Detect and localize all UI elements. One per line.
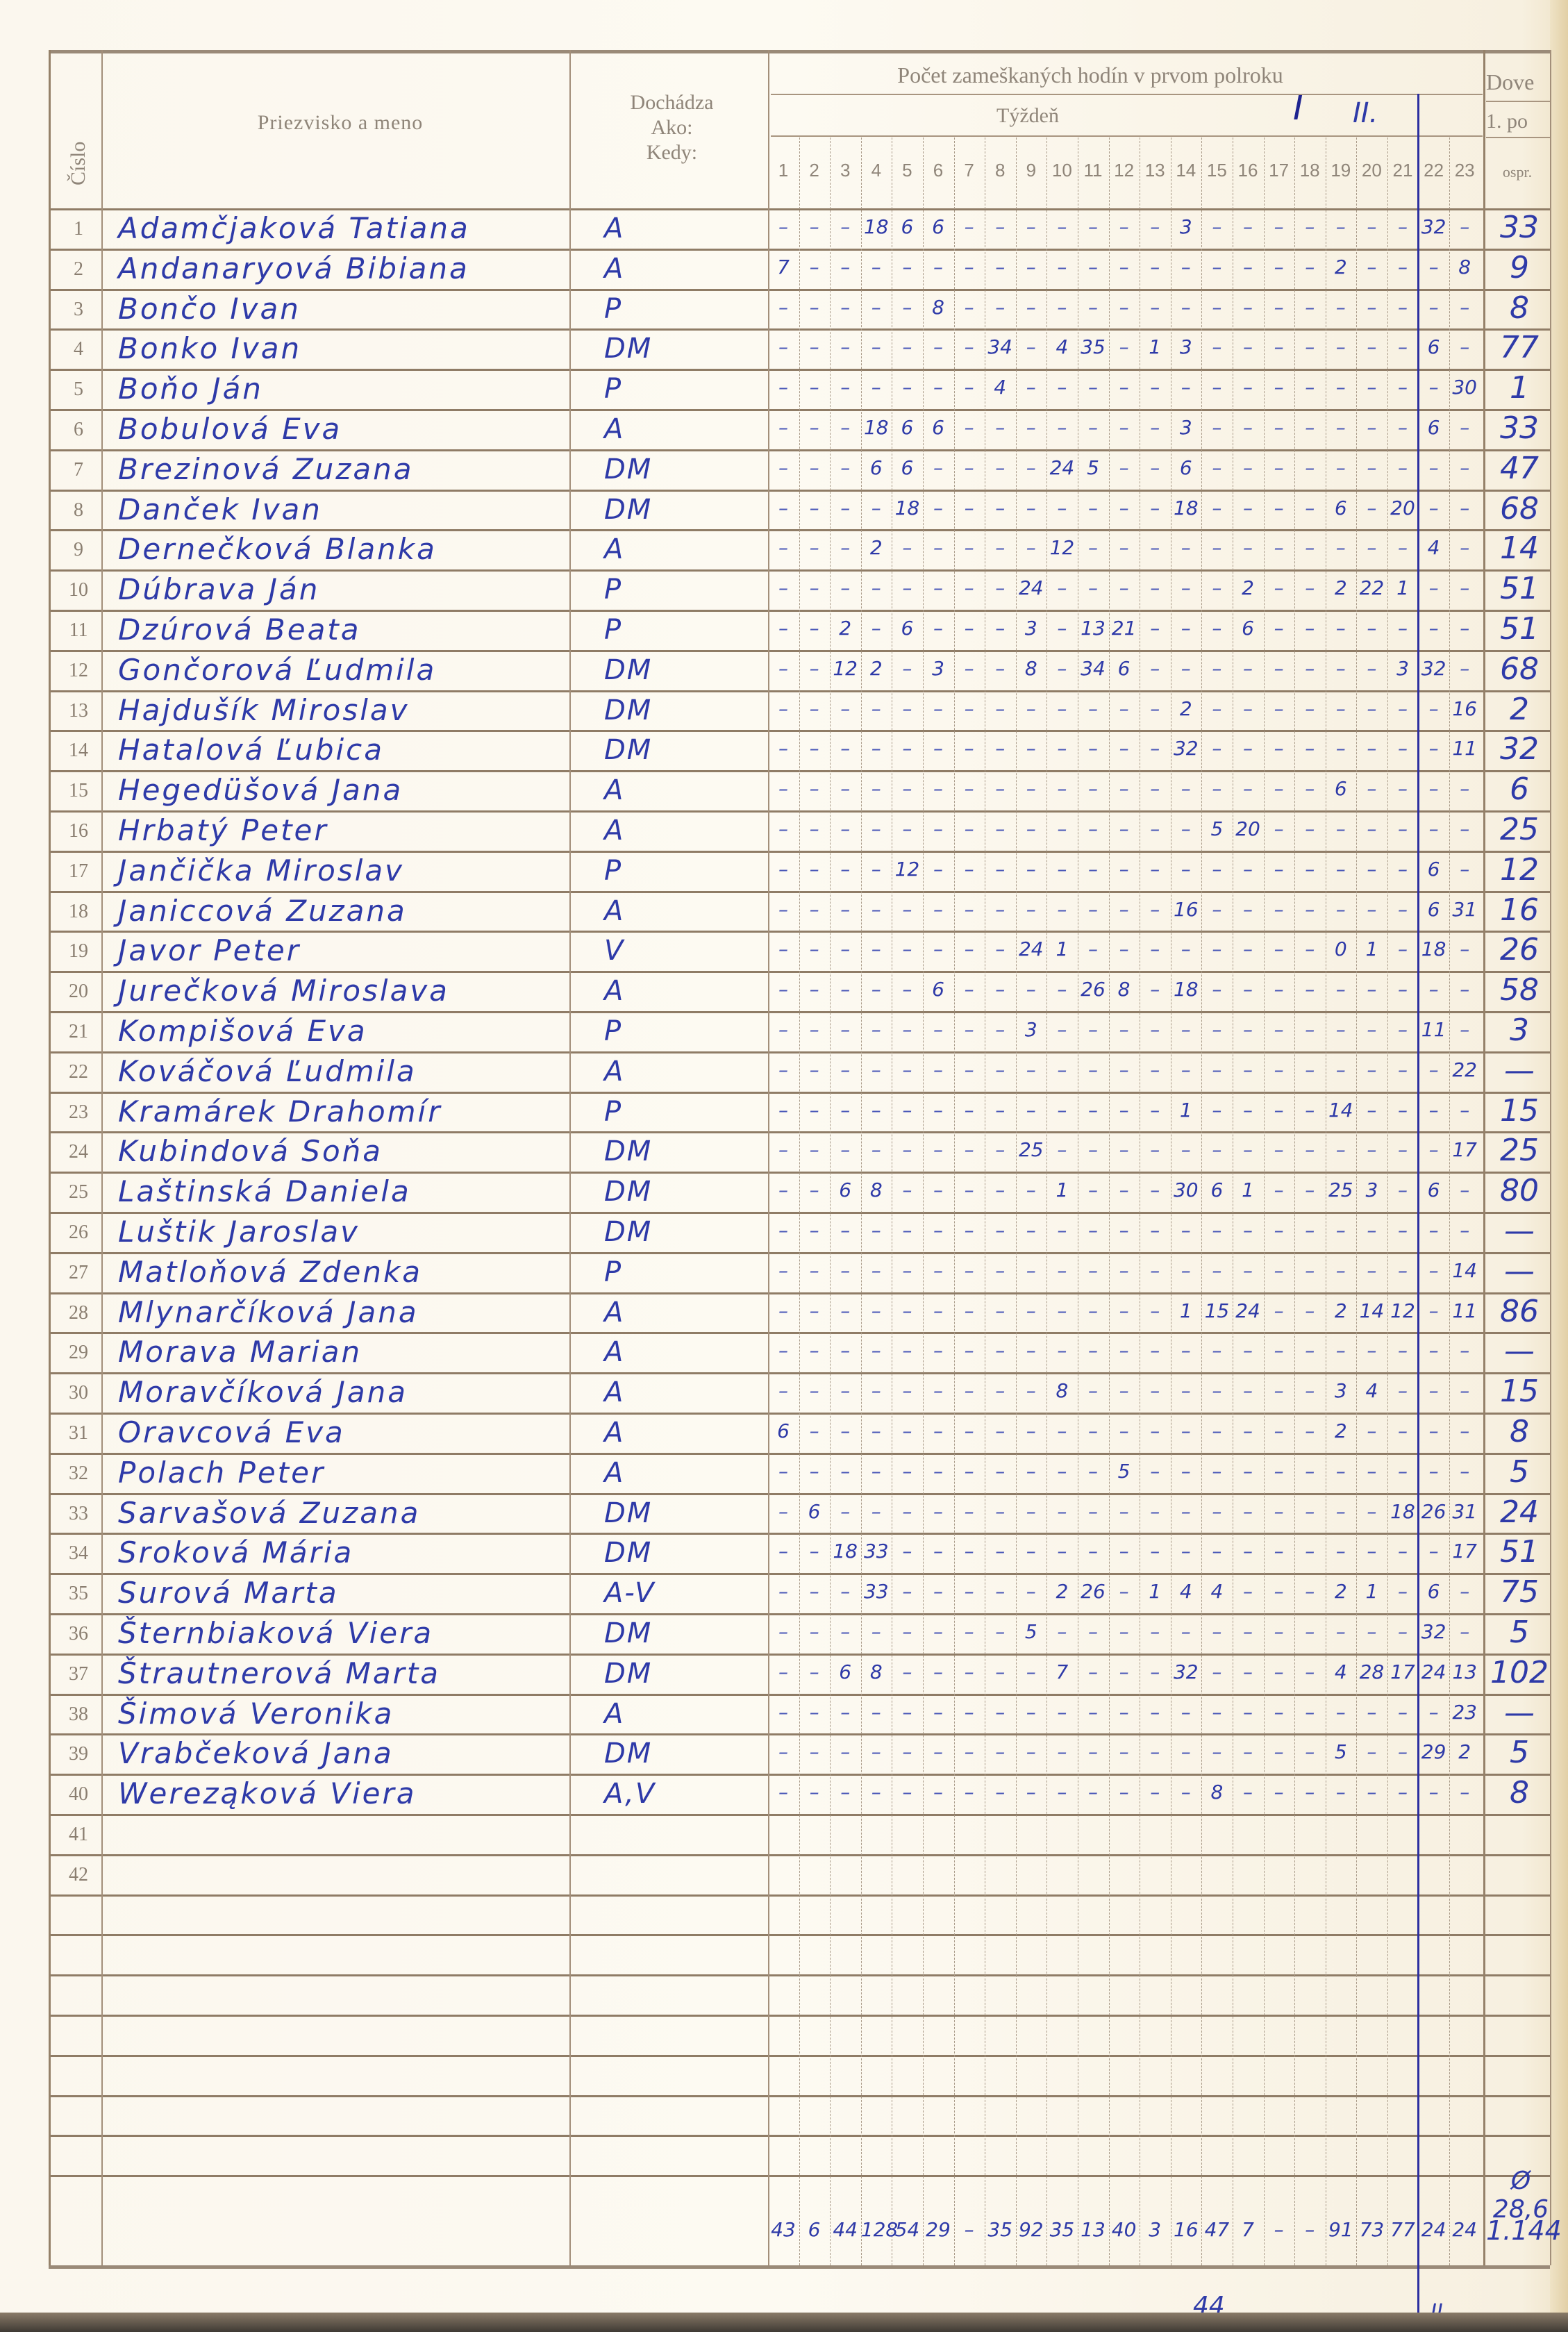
week-hours: 1 <box>1140 335 1170 358</box>
week-empty-dash: – <box>1356 898 1387 921</box>
week-sum: 6 <box>799 2218 830 2241</box>
week-hours: 1 <box>1046 938 1077 960</box>
row-number: 23 <box>57 1101 100 1124</box>
week-empty-dash: – <box>985 697 1015 720</box>
week-empty-dash: – <box>830 1460 860 1483</box>
week-empty-dash: – <box>1201 576 1232 599</box>
week-hours: 24 <box>1016 938 1046 960</box>
week-hours: 6 <box>1109 657 1140 680</box>
student-name: Dzúrová Beata <box>118 613 361 647</box>
week-empty-dash: – <box>1387 1058 1418 1081</box>
week-empty-dash: – <box>1109 1018 1140 1041</box>
excused-total: 3 <box>1486 1013 1553 1048</box>
row-number: 37 <box>57 1663 100 1685</box>
week-empty-dash: – <box>1109 1339 1140 1362</box>
week-empty-dash: – <box>799 256 830 278</box>
week-empty-dash: – <box>1140 617 1170 640</box>
week-empty-dash: – <box>892 1339 922 1362</box>
week-empty-dash: – <box>1387 335 1418 358</box>
week-empty-dash: – <box>985 978 1015 1001</box>
week-hours: 25 <box>1016 1138 1046 1161</box>
week-empty-dash: – <box>923 898 953 921</box>
week-empty-dash: – <box>892 1701 922 1724</box>
week-empty-dash: – <box>892 1099 922 1122</box>
week-empty-dash: – <box>1109 737 1140 760</box>
week-empty-dash: – <box>1326 1219 1356 1242</box>
header-divider <box>771 135 1483 137</box>
excused-total: — <box>1486 1254 1553 1289</box>
attendance-code: A,V <box>604 1778 656 1810</box>
week-empty-dash: – <box>1046 1740 1077 1763</box>
week-empty-dash: – <box>1294 576 1325 599</box>
week-hours: 18 <box>861 215 892 238</box>
week-empty-dash: – <box>1046 1781 1077 1804</box>
row-number: 41 <box>57 1824 100 1846</box>
week-empty-dash: – <box>1078 1018 1108 1041</box>
week-empty-dash: – <box>1419 1781 1449 1804</box>
row-number: 16 <box>57 820 100 842</box>
excused-total: 5 <box>1486 1735 1553 1770</box>
week-empty-dash: – <box>1140 1138 1170 1161</box>
week-empty-dash: – <box>923 1299 953 1322</box>
week-empty-dash: – <box>1140 536 1170 559</box>
week-empty-dash: – <box>1016 1259 1046 1282</box>
row-number: 28 <box>57 1302 100 1324</box>
week-hours: 4 <box>1419 536 1449 559</box>
week-hours: 6 <box>1419 858 1449 881</box>
student-name: Bonko Ivan <box>118 331 301 365</box>
table-row: 37Štrautnerová MartaDM––68–––––7–––32–––… <box>0 1654 1568 1695</box>
week-hours: 18 <box>830 1540 860 1563</box>
week-empty-dash: – <box>1171 1219 1201 1242</box>
week-empty-dash: – <box>1419 1460 1449 1483</box>
excused-total: 25 <box>1486 1133 1553 1168</box>
attendance-code: DM <box>604 1135 652 1167</box>
week-empty-dash: – <box>985 858 1015 881</box>
week-empty-dash: – <box>1233 536 1263 559</box>
week-empty-dash: – <box>1201 456 1232 479</box>
row-number: 40 <box>57 1783 100 1806</box>
week-empty-dash: – <box>1294 1781 1325 1804</box>
week-hours: 24 <box>1233 1299 1263 1322</box>
week-empty-dash: – <box>830 1740 860 1763</box>
week-empty-dash: – <box>1356 416 1387 439</box>
week-empty-dash: – <box>1140 1419 1170 1442</box>
week-empty-dash: – <box>768 296 799 319</box>
week-empty-dash: – <box>1294 256 1325 278</box>
week-empty-dash: – <box>1016 256 1046 278</box>
student-name: Kramárek Drahomír <box>118 1094 442 1128</box>
week-empty-dash: – <box>1109 1540 1140 1563</box>
week-number: 22 <box>1419 160 1449 181</box>
week-sum: 91 <box>1326 2218 1356 2241</box>
week-hours: 6 <box>1419 1580 1449 1603</box>
week-empty-dash: – <box>1294 858 1325 881</box>
week-empty-dash: – <box>1078 777 1108 800</box>
week-empty-dash: – <box>799 1099 830 1122</box>
week-sum: 92 <box>1016 2218 1046 2241</box>
week-empty-dash: – <box>1356 1740 1387 1763</box>
table-row: 38Šimová VeronikaA––––––––––––––––––––––… <box>0 1694 1568 1735</box>
week-empty-dash: – <box>954 1419 985 1442</box>
week-empty-dash: – <box>799 1179 830 1201</box>
attendance-code: DM <box>604 1537 652 1569</box>
week-empty-dash: – <box>1326 657 1356 680</box>
week-hours: 1 <box>1356 1580 1387 1603</box>
attendance-code: A <box>604 895 624 927</box>
week-empty-dash: – <box>1201 1500 1232 1523</box>
header-name: Priezvisko a meno <box>111 111 569 135</box>
week-empty-dash: – <box>1046 1058 1077 1081</box>
week-empty-dash: – <box>1233 978 1263 1001</box>
week-empty-dash: – <box>1233 376 1263 399</box>
week-empty-dash: – <box>861 1379 892 1402</box>
week-empty-dash: – <box>985 296 1015 319</box>
week-empty-dash: – <box>799 1259 830 1282</box>
week-empty-dash: – <box>861 898 892 921</box>
week-empty-dash: – <box>1016 1058 1046 1081</box>
week-empty-dash: – <box>1356 1138 1387 1161</box>
week-empty-dash: – <box>799 296 830 319</box>
week-empty-dash: – <box>1449 1419 1480 1442</box>
week-empty-dash: – <box>923 456 953 479</box>
week-empty-dash: – <box>954 1259 985 1282</box>
week-empty-dash: – <box>985 215 1015 238</box>
table-row: 11Dzúrová BeataP––2–6–––3–1321–––6––––––… <box>0 610 1568 651</box>
week-empty-dash: – <box>861 1058 892 1081</box>
week-empty-dash: – <box>1264 1299 1294 1322</box>
week-empty-dash: – <box>954 978 985 1001</box>
week-empty-dash: – <box>1387 817 1418 840</box>
attendance-code: A <box>604 413 624 445</box>
week-empty-dash: – <box>830 1219 860 1242</box>
week-empty-dash: – <box>1046 376 1077 399</box>
week-empty-dash: – <box>954 1701 985 1724</box>
week-hours: 2 <box>1046 1580 1077 1603</box>
week-empty-dash: – <box>1201 938 1232 960</box>
week-empty-dash: – <box>861 256 892 278</box>
week-empty-dash: – <box>1387 1138 1418 1161</box>
week-hours: 6 <box>1419 335 1449 358</box>
week-empty-dash: – <box>1449 617 1480 640</box>
week-empty-dash: – <box>1264 1580 1294 1603</box>
week-empty-dash: – <box>1356 858 1387 881</box>
week-empty-dash: – <box>1356 817 1387 840</box>
week-empty-dash: – <box>1109 296 1140 319</box>
week-empty-dash: – <box>1264 777 1294 800</box>
week-hours: 4 <box>1326 1660 1356 1683</box>
week-empty-dash: – <box>892 978 922 1001</box>
week-empty-dash: – <box>923 376 953 399</box>
week-empty-dash: – <box>1449 1099 1480 1122</box>
week-hours: 12 <box>1387 1299 1418 1322</box>
excused-total: 1 <box>1486 370 1553 406</box>
week-hours: 11 <box>1449 737 1480 760</box>
week-empty-dash: – <box>1294 296 1325 319</box>
student-name: Kováčová Ľudmila <box>118 1054 417 1088</box>
week-empty-dash: – <box>1356 256 1387 278</box>
attendance-code: P <box>604 373 622 405</box>
week-empty-dash: – <box>1264 456 1294 479</box>
week-empty-dash: – <box>985 898 1015 921</box>
week-empty-dash: – <box>1387 617 1418 640</box>
week-empty-dash: – <box>954 1299 985 1322</box>
week-empty-dash: – <box>1356 1099 1387 1122</box>
row-number: 3 <box>57 299 100 321</box>
week-empty-dash: – <box>1449 938 1480 960</box>
week-empty-dash: – <box>1294 1580 1325 1603</box>
week-empty-dash: – <box>985 1219 1015 1242</box>
week-empty-dash: – <box>1356 1500 1387 1523</box>
student-name: Dernečková Blanka <box>118 532 437 566</box>
week-empty-dash: – <box>954 898 985 921</box>
week-empty-dash: – <box>830 817 860 840</box>
excused-total: 14 <box>1486 531 1553 566</box>
week-empty-dash: – <box>1201 1018 1232 1041</box>
week-hours: 4 <box>1171 1580 1201 1603</box>
header-week-label: Týždeň <box>771 104 1285 128</box>
week-empty-dash: – <box>799 1219 830 1242</box>
row-number: 39 <box>57 1743 100 1765</box>
week-empty-dash: – <box>861 858 892 881</box>
week-empty-dash: – <box>1109 777 1140 800</box>
week-empty-dash: – <box>985 1379 1015 1402</box>
excused-total: 102 <box>1486 1655 1553 1690</box>
header-divider <box>1486 101 1550 102</box>
week-empty-dash: – <box>985 657 1015 680</box>
week-empty-dash: – <box>1016 1219 1046 1242</box>
excused-total: 33 <box>1486 210 1553 245</box>
week-number: 3 <box>830 160 860 181</box>
week-empty-dash: – <box>985 1099 1015 1122</box>
week-hours: 8 <box>1109 978 1140 1001</box>
week-empty-dash: – <box>1387 1580 1418 1603</box>
table-row: 20Jurečková MiroslavaA–––––6––––268–18––… <box>0 971 1568 1013</box>
week-empty-dash: – <box>768 898 799 921</box>
excused-total: — <box>1486 1695 1553 1731</box>
week-sum: 35 <box>1046 2218 1077 2241</box>
week-empty-dash: – <box>954 1781 985 1804</box>
week-hours: 21 <box>1109 617 1140 640</box>
week-empty-dash: – <box>892 1379 922 1402</box>
week-empty-dash: – <box>1171 536 1201 559</box>
week-empty-dash: – <box>830 1339 860 1362</box>
week-empty-dash: – <box>1109 1620 1140 1643</box>
week-hours: 13 <box>1078 617 1108 640</box>
student-name: Surová Marta <box>118 1576 339 1610</box>
week-empty-dash: – <box>861 1781 892 1804</box>
week-hours: 20 <box>1233 817 1263 840</box>
week-hours: 18 <box>861 416 892 439</box>
attendance-code: DM <box>604 734 652 766</box>
week-empty-dash: – <box>1140 1299 1170 1322</box>
week-empty-dash: – <box>1449 1781 1480 1804</box>
week-empty-dash: – <box>1387 1740 1418 1763</box>
week-empty-dash: – <box>1109 1138 1140 1161</box>
week-empty-dash: – <box>799 576 830 599</box>
week-hours: 28 <box>1356 1660 1387 1683</box>
week-number: 23 <box>1449 160 1480 181</box>
attendance-code: DM <box>604 654 652 686</box>
week-hours: 8 <box>861 1660 892 1683</box>
week-empty-dash: – <box>1233 737 1263 760</box>
week-hours: 5 <box>1078 456 1108 479</box>
week-empty-dash: – <box>1264 1460 1294 1483</box>
week-hours: 1 <box>1140 1580 1170 1603</box>
week-empty-dash: – <box>1171 1419 1201 1442</box>
week-empty-dash: – <box>1140 697 1170 720</box>
week-empty-dash: – <box>1201 697 1232 720</box>
week-empty-dash: – <box>1419 1419 1449 1442</box>
week-empty-dash: – <box>1294 1018 1325 1041</box>
week-empty-dash: – <box>1387 978 1418 1001</box>
week-empty-dash: – <box>1356 697 1387 720</box>
week-number: 13 <box>1140 160 1170 181</box>
week-empty-dash: – <box>768 1099 799 1122</box>
week-empty-dash: – <box>1201 1058 1232 1081</box>
week-empty-dash: – <box>1264 898 1294 921</box>
table-row: 2Andanaryová BibianaA7–––––––––––––––––2… <box>0 249 1568 290</box>
week-empty-dash: – <box>954 335 985 358</box>
week-empty-dash: – <box>1264 497 1294 519</box>
week-empty-dash: – <box>1387 1018 1418 1041</box>
week-hours: 1 <box>1171 1299 1201 1322</box>
week-empty-dash: – <box>1419 1259 1449 1282</box>
week-empty-dash: – <box>1264 938 1294 960</box>
week-empty-dash: – <box>799 416 830 439</box>
excused-total: — <box>1486 1333 1553 1369</box>
week-empty-dash: – <box>923 1419 953 1442</box>
week-empty-dash: – <box>1264 617 1294 640</box>
week-hours: 24 <box>1419 1660 1449 1683</box>
week-empty-dash: – <box>1140 1460 1170 1483</box>
week-empty-dash: – <box>1387 1099 1418 1122</box>
week-empty-dash: – <box>861 1701 892 1724</box>
scan-bottom-edge <box>0 2313 1568 2332</box>
week-empty-dash: – <box>1419 576 1449 599</box>
week-hours: 5 <box>1326 1740 1356 1763</box>
table-row: 13Hajdušík MiroslavDM–––––––––––––2–––––… <box>0 690 1568 732</box>
week-empty-dash: – <box>861 938 892 960</box>
table-row: 17Jančička MiroslavP––––12––––––––––––––… <box>0 851 1568 892</box>
week-empty-dash: – <box>1294 817 1325 840</box>
week-hours: 1 <box>1046 1179 1077 1201</box>
week-empty-dash: – <box>1264 1781 1294 1804</box>
week-empty-dash: – <box>1140 1620 1170 1643</box>
week-empty-dash: – <box>1326 1781 1356 1804</box>
week-empty-dash: – <box>1016 536 1046 559</box>
week-hours: 20 <box>1387 497 1418 519</box>
week-empty-dash: – <box>830 1299 860 1322</box>
week-empty-dash: – <box>768 416 799 439</box>
week-empty-dash: – <box>985 536 1015 559</box>
week-empty-dash: – <box>1078 576 1108 599</box>
row-number: 35 <box>57 1583 100 1605</box>
week-empty-dash: – <box>1016 416 1046 439</box>
week-empty-dash: – <box>1140 817 1170 840</box>
week-hours: 34 <box>1078 657 1108 680</box>
week-empty-dash: – <box>830 1379 860 1402</box>
week-empty-dash: – <box>1046 416 1077 439</box>
week-empty-dash: – <box>768 817 799 840</box>
week-hours: 6 <box>861 456 892 479</box>
week-empty-dash: – <box>1233 335 1263 358</box>
attendance-code: DM <box>604 1617 652 1649</box>
week-empty-dash: – <box>1294 978 1325 1001</box>
row-number: 36 <box>57 1623 100 1645</box>
week-number: 20 <box>1356 160 1387 181</box>
attendance-code: P <box>604 1096 622 1128</box>
week-empty-dash: – <box>1016 1339 1046 1362</box>
week-empty-dash: – <box>1078 1138 1108 1161</box>
week-empty-dash: – <box>861 1219 892 1242</box>
week-hours: 26 <box>1078 1580 1108 1603</box>
table-row: 41 <box>0 1814 1568 1856</box>
week-empty-dash: – <box>1419 1099 1449 1122</box>
week-empty-dash: – <box>1109 1419 1140 1442</box>
week-empty-dash: – <box>1233 1660 1263 1683</box>
row-number: 7 <box>57 459 100 481</box>
row-number: 15 <box>57 780 100 802</box>
week-empty-dash: – <box>1233 1419 1263 1442</box>
week-empty-dash: – <box>830 1500 860 1523</box>
week-hours: 31 <box>1449 1500 1480 1523</box>
student-name: Štrautnerová Marta <box>118 1656 440 1690</box>
week-hours: 3 <box>923 657 953 680</box>
week-empty-dash: – <box>1078 898 1108 921</box>
week-empty-dash: – <box>830 1580 860 1603</box>
week-empty-dash: – <box>768 1339 799 1362</box>
week-empty-dash: – <box>1264 1259 1294 1282</box>
attendance-code: DM <box>604 1216 652 1248</box>
week-empty-dash: – <box>1449 416 1480 439</box>
week-empty-dash: – <box>1233 1219 1263 1242</box>
week-empty-dash: – <box>1109 256 1140 278</box>
week-hours: 5 <box>1109 1460 1140 1483</box>
week-empty-dash: – <box>1264 1339 1294 1362</box>
table-row: 3Bončo IvanP–––––8–––––––––––––––––8 <box>0 289 1568 331</box>
attendance-code: P <box>604 574 622 606</box>
week-hours: 14 <box>1326 1099 1356 1122</box>
week-empty-dash: – <box>799 1660 830 1683</box>
week-empty-dash: – <box>1140 1018 1170 1041</box>
week-empty-dash: – <box>768 938 799 960</box>
week-empty-dash: – <box>768 1540 799 1563</box>
week-empty-dash: – <box>923 697 953 720</box>
week-empty-dash: – <box>1326 697 1356 720</box>
week-empty-dash: – <box>892 1419 922 1442</box>
week-empty-dash: – <box>1046 1500 1077 1523</box>
week-empty-dash: – <box>892 938 922 960</box>
excused-total: 51 <box>1486 611 1553 647</box>
week-empty-dash: – <box>1046 817 1077 840</box>
week-number: 6 <box>923 160 953 181</box>
week-empty-dash: – <box>1016 1740 1046 1763</box>
attendance-code: A <box>604 1457 624 1489</box>
week-empty-dash: – <box>1356 1781 1387 1804</box>
week-empty-dash: – <box>1109 1740 1140 1763</box>
week-empty-dash: – <box>1140 497 1170 519</box>
header-hours-title: Počet zameškaných hodín v prvom polroku <box>771 63 1410 88</box>
week-empty-dash: – <box>1171 1740 1201 1763</box>
week-hours: 6 <box>923 978 953 1001</box>
week-empty-dash: – <box>1201 777 1232 800</box>
week-empty-dash: – <box>1109 1701 1140 1724</box>
week-empty-dash: – <box>1109 1058 1140 1081</box>
week-hours: 2 <box>861 536 892 559</box>
week-empty-dash: – <box>1387 296 1418 319</box>
week-empty-dash: – <box>1171 256 1201 278</box>
